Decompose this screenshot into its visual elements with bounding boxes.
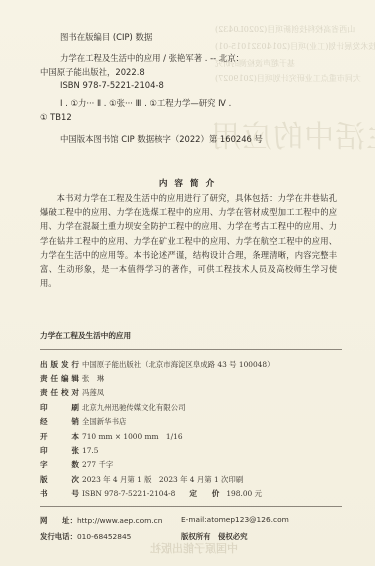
imprint-value: 全国新华书店 — [82, 416, 126, 427]
copyright-notice: 版权所有 侵权必究 — [181, 531, 248, 542]
cip-classification-line: Ⅰ . ①力··· Ⅱ . ①张··· Ⅲ . ①工程力学—研究 Ⅳ . — [60, 97, 231, 109]
imprint-value: 277 千字 — [82, 459, 113, 470]
imprint-row-word-count: 字数 277 千字 — [40, 458, 350, 472]
phone-number: 010-68452845 — [77, 532, 131, 541]
imprint-row-sheets: 印张 17.5 — [40, 443, 350, 457]
imprint-row-format: 开本 710 mm × 1000 mm 1/16 — [40, 429, 350, 443]
bleed-through-text: 大同市重点工业研究计划项目(2019027) — [215, 73, 361, 84]
bleed-through-text: 山西省科学技术发展计划(工业)项目(20140321015-01) — [215, 41, 375, 52]
imprint-row-printer: 印刷 北京九州迅驰传媒文化有限公司 — [40, 400, 350, 414]
cip-publisher-line: 中国原子能出版社，2022.8 — [40, 66, 145, 78]
imprint-row-editor: 责任编辑 张 琳 — [40, 371, 350, 385]
website-line: 网 址：http://www.aep.com.cn — [40, 515, 162, 526]
imprint-value: 冯莲凤 — [82, 387, 104, 398]
phone-line: 发行电话：010-68452845 — [40, 531, 131, 542]
imprint-value: 北京九州迅驰传媒文化有限公司 — [82, 402, 185, 413]
imprint-label: 印刷 — [40, 402, 79, 413]
website-link[interactable]: http://www.aep.com.cn — [77, 516, 162, 525]
imprint-value: 17.5 — [82, 446, 98, 455]
imprint-label: 出版发行 — [40, 359, 79, 370]
bottom-divider — [40, 506, 342, 507]
imprint-label: 责任校对 — [40, 387, 79, 398]
imprint-row-publisher: 出版发行 中国原子能出版社（北京市海淀区阜成路 43 号 100048） — [40, 357, 350, 371]
imprint-label: 经销 — [40, 416, 79, 427]
copyright-page: 山西省高校科技创新项目(2020L0432) 山西省科学技术发展计划(工业)项目… — [0, 0, 375, 566]
price-value: 198.00 元 — [226, 488, 262, 499]
imprint-label: 字数 — [40, 459, 79, 470]
imprint-row-edition: 版次 2023 年 4 月第 1 版 2023 年 4 月第 1 次印刷 — [40, 472, 350, 486]
phone-label: 发行电话： — [40, 532, 77, 541]
bleed-through-text: 山西省高校科技创新项目(2020L0432) — [215, 24, 355, 35]
cip-heading: 图书在版编目 (CIP) 数据 — [60, 31, 152, 43]
price-label: 定价 — [189, 488, 219, 499]
bleed-through-publisher: 中国原子能出版社 — [150, 540, 238, 556]
imprint-value: 2023 年 4 月第 1 版 2023 年 4 月第 1 次印刷 — [82, 474, 243, 485]
book-title: 力学在工程及生活中的应用 — [40, 330, 131, 341]
summary-title: 内 容 简 介 — [0, 177, 375, 189]
imprint-row-distributor: 经销 全国新华书店 — [40, 415, 350, 429]
email-link[interactable]: E-mail:atomep123@126.com — [181, 515, 289, 524]
imprint-label: 责任编辑 — [40, 373, 79, 384]
cip-isbn-line: ISBN 978-7-5221-2104-8 — [60, 80, 164, 90]
imprint-value: ISBN 978-7-5221-2104-8 — [82, 489, 175, 498]
website-label: 网 址： — [40, 516, 77, 525]
cip-record-number: 中国版本图书馆 CIP 数据核字（2022）第 160246 号 — [60, 133, 263, 145]
imprint-label: 书号 — [40, 488, 79, 499]
imprint-table: 出版发行 中国原子能出版社（北京市海淀区阜成路 43 号 100048） 责任编… — [40, 357, 350, 501]
imprint-value: 中国原子能出版社（北京市海淀区阜成路 43 号 100048） — [82, 359, 274, 370]
cip-class-code: ① TB12 — [40, 112, 72, 122]
cip-title-line: 力学在工程及生活中的应用 / 张艳军著 . -- 北京： — [60, 52, 244, 64]
imprint-value: 张 琳 — [82, 373, 104, 384]
imprint-value: 710 mm × 1000 mm 1/16 — [82, 431, 183, 442]
summary-body: 本书对力学在工程及生活中的应用进行了研究，具体包括：力学在井巷钻孔爆破工程中的应… — [40, 191, 337, 290]
imprint-row-isbn: 书号 ISBN 978-7-5221-2104-8 定价 198.00 元 — [40, 487, 350, 501]
imprint-label: 印张 — [40, 445, 79, 456]
imprint-label: 版次 — [40, 474, 79, 485]
imprint-row-proofreader: 责任校对 冯莲凤 — [40, 386, 350, 400]
top-divider — [40, 349, 342, 350]
imprint-label: 开本 — [40, 431, 79, 442]
